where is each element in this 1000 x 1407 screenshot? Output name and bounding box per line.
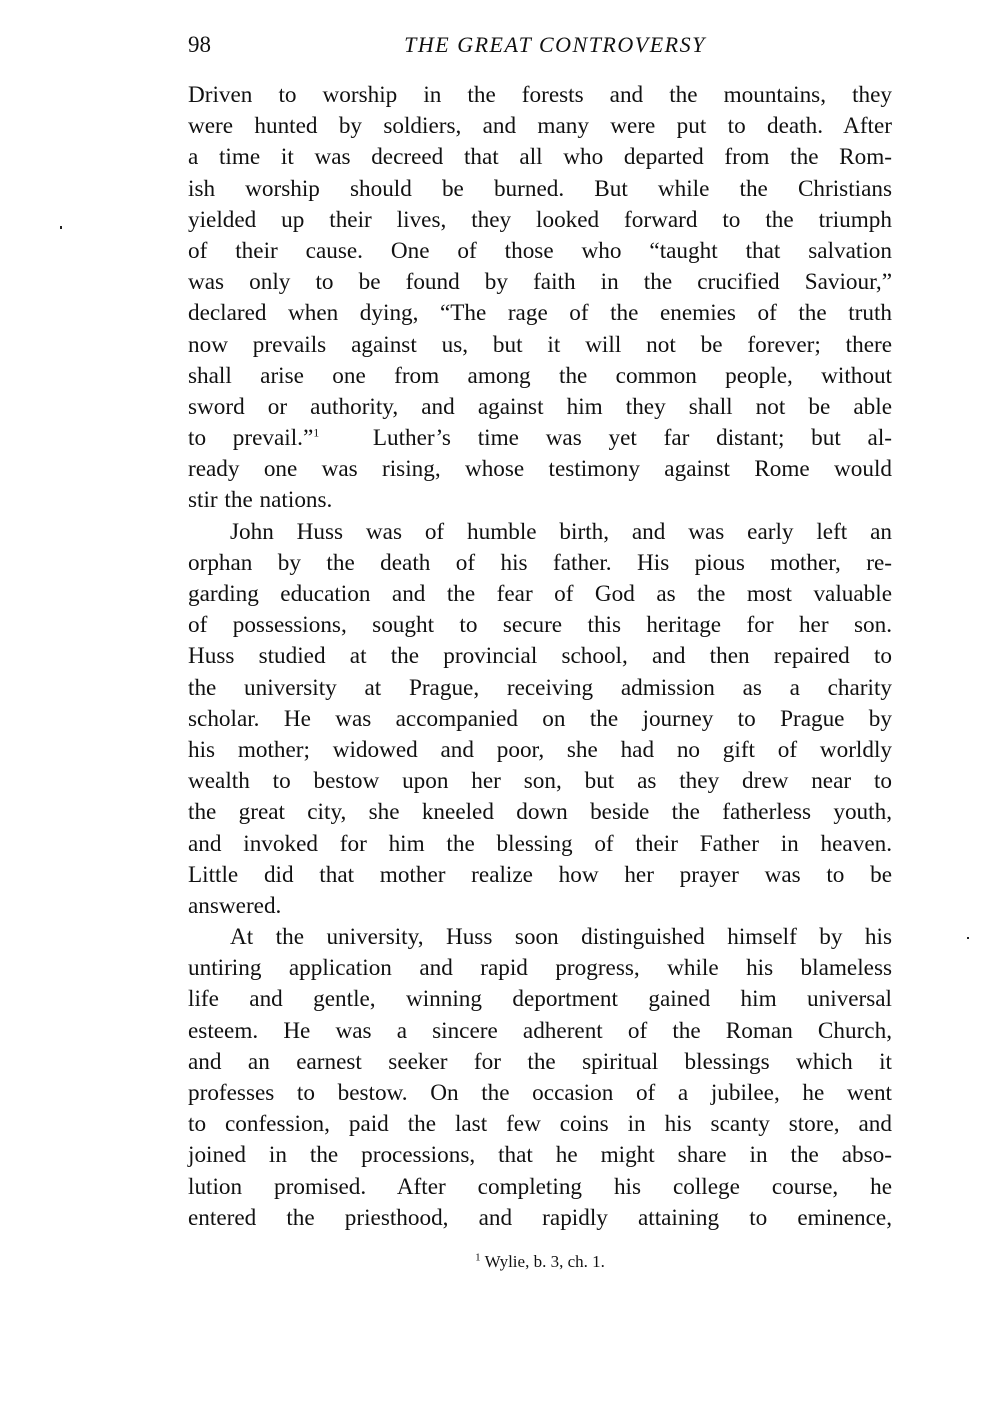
text-line: lution promised. After completing his co… [188,1172,892,1203]
text-line: Huss studied at the provincial school, a… [188,641,892,672]
text-line: joined in the processions, that he might… [188,1140,892,1171]
running-head: 98 THE GREAT CONTROVERSY [188,28,892,62]
text-line: of possessions, sought to secure this he… [188,610,892,641]
text-line: untiring application and rapid progress,… [188,953,892,984]
running-title: THE GREAT CONTROVERSY [188,28,892,62]
scan-speck [60,226,62,229]
footnote: 1 Wylie, b. 3, ch. 1. [188,1250,892,1274]
text-line: was only to be found by faith in the cru… [188,267,892,298]
text-line: life and gentle, winning deportment gain… [188,984,892,1015]
text-line: entered the priesthood, and rapidly atta… [188,1203,892,1234]
body-text: Driven to worship in the forests and the… [188,80,892,1234]
text-line: stir the nations. [188,485,892,516]
text-line: Little did that mother realize how her p… [188,860,892,891]
text-line-with-footnote-ref: to prevail.”1 Luther’s time was yet far … [188,423,892,454]
text-line: the university at Prague, receiving admi… [188,673,892,704]
footnote-marker: 1 [475,1251,481,1263]
text-line: of their cause. One of those who “taught… [188,236,892,267]
text-line: sword or authority, and against him they… [188,392,892,423]
text-line: declared when dying, “The rage of the en… [188,298,892,329]
text-line: were hunted by soldiers, and many were p… [188,111,892,142]
text-line: ish worship should be burned. But while … [188,174,892,205]
book-page: 98 THE GREAT CONTROVERSY Driven to worsh… [0,0,1000,1407]
text-line: yielded up their lives, they looked forw… [188,205,892,236]
scan-speck [967,937,969,939]
text-line: shall arise one from among the common pe… [188,361,892,392]
text-line: Driven to worship in the forests and the… [188,80,892,111]
text-line: his mother; widowed and poor, she had no… [188,735,892,766]
paragraph-3: At the university, Huss soon distinguish… [188,922,892,1234]
text-line: orphan by the death of his father. His p… [188,548,892,579]
text-line: professes to bestow. On the occasion of … [188,1078,892,1109]
paragraph-2: John Huss was of humble birth, and was e… [188,517,892,922]
footnote-text: Wylie, b. 3, ch. 1. [485,1252,605,1271]
paragraph-1: Driven to worship in the forests and the… [188,80,892,517]
text-line: to confession, paid the last few coins i… [188,1109,892,1140]
text-line: and invoked for him the blessing of thei… [188,829,892,860]
text-fragment: to prevail.” [188,425,313,451]
text-fragment: Luther’s time was yet far distant; but a… [373,425,892,451]
text-line: answered. [188,891,892,922]
text-line: garding education and the fear of God as… [188,579,892,610]
text-line: scholar. He was accompanied on the journ… [188,704,892,735]
text-line: now prevails against us, but it will not… [188,330,892,361]
footnote-reference: 1 [313,425,319,439]
text-line: John Huss was of humble birth, and was e… [188,517,892,548]
text-line: the great city, she kneeled down beside … [188,797,892,828]
text-line: At the university, Huss soon distinguish… [188,922,892,953]
text-line: a time it was decreed that all who depar… [188,142,892,173]
text-line: ready one was rising, whose testimony ag… [188,454,892,485]
text-line: and an earnest seeker for the spiritual … [188,1047,892,1078]
text-line: esteem. He was a sincere adherent of the… [188,1016,892,1047]
text-line: wealth to bestow upon her son, but as th… [188,766,892,797]
